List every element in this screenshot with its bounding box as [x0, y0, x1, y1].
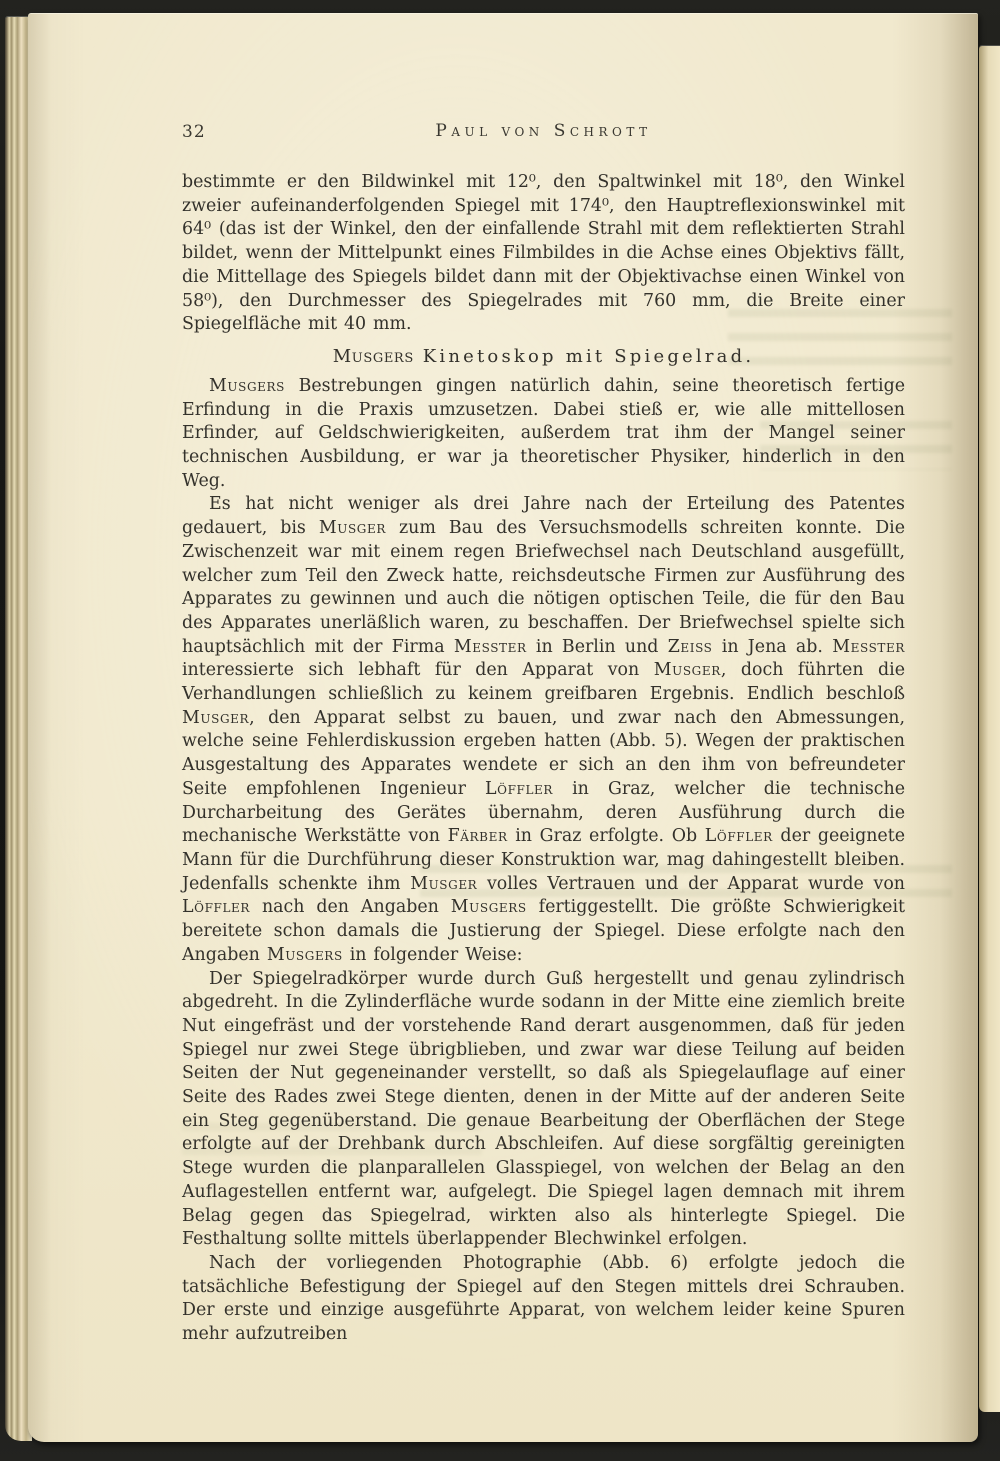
running-head: Paul von Schrott [182, 121, 905, 141]
paragraph: Musgers Bestrebungen gingen natürlich da… [182, 375, 905, 494]
book-page: 32 Paul von Schrott bestimmte er den Bil… [28, 13, 978, 1442]
page-content: 32 Paul von Schrott bestimmte er den Bil… [182, 121, 905, 1347]
adjacent-page-edge [979, 46, 1000, 1412]
paragraph: Der Spiegelradkörper wurde durch Guß her… [182, 968, 905, 1252]
paragraph-continuation: bestimmte er den Bildwinkel mit 12⁰, den… [182, 171, 905, 337]
paragraph: Es hat nicht weniger als drei Jahre nach… [182, 493, 905, 967]
book-photo-background: 32 Paul von Schrott bestimmte er den Bil… [0, 0, 1000, 1461]
page-number: 32 [182, 122, 206, 142]
paragraph: Nach der vorliegenden Photographie (Abb.… [182, 1252, 905, 1347]
section-heading: Musgers Kinetoskop mit Spiegelrad. [182, 346, 905, 367]
page-header: 32 Paul von Schrott [182, 121, 905, 145]
